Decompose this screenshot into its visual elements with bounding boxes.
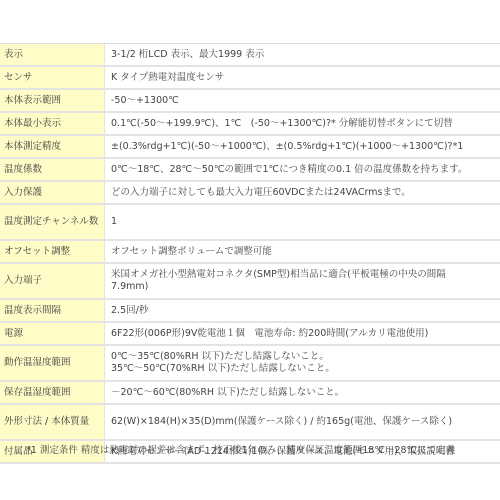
spec-key: 温度係数 [0, 159, 105, 182]
spec-key: 温度測定チャンネル数 [0, 205, 105, 241]
spec-row: 本体表示範囲-50～+1300℃ [0, 90, 500, 113]
spec-value-line: 0.1℃(-50～+199.9℃)、1℃ (-50～+1300℃)?* 分解能切… [111, 118, 495, 130]
spec-key: 表示 [0, 44, 105, 67]
spec-value: 3-1/2 桁LCD 表示、最大1999 表示 [105, 44, 500, 67]
spec-key: 入力保護 [0, 182, 105, 205]
spec-row: 温度測定チャンネル数1 [0, 205, 500, 241]
spec-table: 表示3-1/2 桁LCD 表示、最大1999 表示センサK タイプ熱電対温度セン… [0, 43, 500, 464]
spec-value: どの入力端子に対しても最大入力電圧60VDCまたは24VACrmsまで。 [105, 182, 500, 205]
spec-value: オフセット調整ボリュームで調整可能 [105, 241, 500, 264]
spec-key: 保存温湿度範囲 [0, 382, 105, 405]
spec-value: -50～+1300℃ [105, 90, 500, 113]
spec-row: 本体測定精度±(0.3%rdg+1℃)(-50～+1000℃)、±(0.5%rd… [0, 136, 500, 159]
spec-row: 電源6F22形(006P形)9V乾電池１個 電池寿命: 約200時間(アルカリ電… [0, 323, 500, 346]
spec-value: 米国オメガ社小型熱電対コネクタ(SMP型)相当品に適合(平板電極の中央の間隔7.… [105, 264, 500, 300]
spec-key: 入力端子 [0, 264, 105, 300]
spec-value-line: 6F22形(006P形)9V乾電池１個 電池寿命: 約200時間(アルカリ電池使… [111, 328, 495, 340]
spec-value-line: 0℃～35℃(80%RH 以下)ただし結露しないこと。 [111, 351, 495, 363]
footnote: *1 測定条件 精度は熱電対の誤差は含まず、校正後1年のみ、精度保証温度範囲18… [26, 442, 455, 456]
spec-value-line: オフセット調整ボリュームで調整可能 [111, 246, 495, 258]
spec-value-line: －20℃～60℃(80%RH 以下)ただし結露しないこと。 [111, 387, 495, 399]
spec-value-line: 米国オメガ社小型熱電対コネクタ(SMP型)相当品に適合(平板電極の中央の間隔 [111, 269, 495, 281]
spec-key: オフセット調整 [0, 241, 105, 264]
spec-value: ±(0.3%rdg+1℃)(-50～+1000℃)、±(0.5%rdg+1℃)(… [105, 136, 500, 159]
spec-value: 1 [105, 205, 500, 241]
spec-value-line: 35℃～50℃(70%RH 以下)ただし結露しないこと。 [111, 363, 495, 375]
spec-key: 外形寸法 / 本体質量 [0, 405, 105, 441]
spec-key: センサ [0, 67, 105, 90]
spec-value-line: ±(0.3%rdg+1℃)(-50～+1000℃)、±(0.5%rdg+1℃)(… [111, 141, 495, 153]
spec-row: 外形寸法 / 本体質量62(W)×184(H)×35(D)mm(保護ケース除く)… [0, 405, 500, 441]
spec-key: 本体測定精度 [0, 136, 105, 159]
spec-value: 6F22形(006P形)9V乾電池１個 電池寿命: 約200時間(アルカリ電池使… [105, 323, 500, 346]
spec-value-line: -50～+1300℃ [111, 95, 495, 107]
spec-value: －20℃～60℃(80%RH 以下)ただし結露しないこと。 [105, 382, 500, 405]
spec-value: 62(W)×184(H)×35(D)mm(保護ケース除く) / 約165g(電池… [105, 405, 500, 441]
spec-row: 温度表示間隔2.5回/秒 [0, 300, 500, 323]
spec-key: 電源 [0, 323, 105, 346]
spec-value-line: 62(W)×184(H)×35(D)mm(保護ケース除く) / 約165g(電池… [111, 416, 495, 428]
spec-value-line: 1 [111, 216, 495, 228]
spec-row: 表示3-1/2 桁LCD 表示、最大1999 表示 [0, 44, 500, 67]
spec-row: センサK タイプ熱電対温度センサ [0, 67, 500, 90]
spec-row: 入力保護どの入力端子に対しても最大入力電圧60VDCまたは24VACrmsまで。 [0, 182, 500, 205]
spec-value: 0℃～35℃(80%RH 以下)ただし結露しないこと。35℃～50℃(70%RH… [105, 346, 500, 382]
spec-row: 保存温湿度範囲－20℃～60℃(80%RH 以下)ただし結露しないこと。 [0, 382, 500, 405]
spec-key: 本体最小表示 [0, 113, 105, 136]
spec-value: 0℃～18℃、28℃～50℃の範囲で1℃につき精度の0.1 倍の温度係数を持ちま… [105, 159, 500, 182]
spec-row: 動作温湿度範囲0℃～35℃(80%RH 以下)ただし結露しないこと。35℃～50… [0, 346, 500, 382]
spec-key: 本体表示範囲 [0, 90, 105, 113]
spec-value-line: 7.9mm) [111, 281, 495, 293]
spec-value: 0.1℃(-50～+199.9℃)、1℃ (-50～+1300℃)?* 分解能切… [105, 113, 500, 136]
spec-table-body: 表示3-1/2 桁LCD 表示、最大1999 表示センサK タイプ熱電対温度セン… [0, 44, 500, 464]
spec-value-line: 3-1/2 桁LCD 表示、最大1999 表示 [111, 49, 495, 61]
spec-row: オフセット調整オフセット調整ボリュームで調整可能 [0, 241, 500, 264]
spec-value-line: 2.5回/秒 [111, 305, 495, 317]
spec-value-line: どの入力端子に対しても最大入力電圧60VDCまたは24VACrmsまで。 [111, 187, 495, 199]
spec-key: 動作温湿度範囲 [0, 346, 105, 382]
spec-value: K タイプ熱電対温度センサ [105, 67, 500, 90]
spec-value-line: 0℃～18℃、28℃～50℃の範囲で1℃につき精度の0.1 倍の温度係数を持ちま… [111, 164, 495, 176]
spec-row: 入力端子米国オメガ社小型熱電対コネクタ(SMP型)相当品に適合(平板電極の中央の… [0, 264, 500, 300]
spec-row: 温度係数0℃～18℃、28℃～50℃の範囲で1℃につき精度の0.1 倍の温度係数… [0, 159, 500, 182]
spec-value: 2.5回/秒 [105, 300, 500, 323]
spec-row: 本体最小表示0.1℃(-50～+199.9℃)、1℃ (-50～+1300℃)?… [0, 113, 500, 136]
spec-key: 温度表示間隔 [0, 300, 105, 323]
spec-value-line: K タイプ熱電対温度センサ [111, 72, 495, 84]
